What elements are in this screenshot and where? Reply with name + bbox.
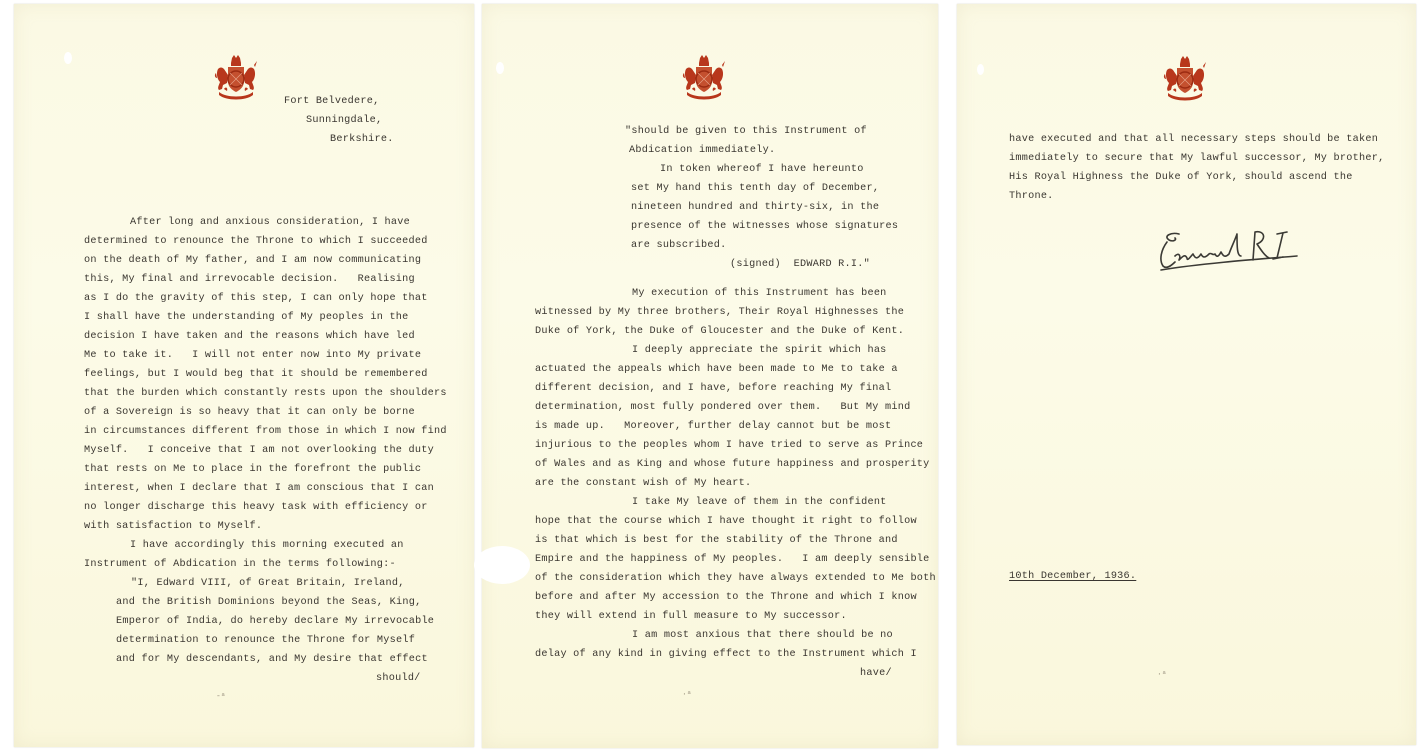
body-line: on the death of My father, and I am now … — [84, 255, 421, 267]
body-line: I take My leave of them in the confident — [632, 497, 887, 509]
signature-edward-ri: Edward RI — [1157, 226, 1305, 274]
document-page-3: have executed and that all necessary ste… — [957, 4, 1416, 745]
body-line: Emperor of India, do hereby declare My i… — [116, 616, 434, 628]
body-line: they will extend in full measure to My s… — [535, 611, 847, 623]
body-line: injurious to the peoples whom I have tri… — [535, 440, 923, 452]
address-line: Berkshire. — [330, 134, 394, 146]
royal-crest-icon — [1163, 56, 1207, 102]
punch-hole — [64, 52, 72, 64]
punch-hole — [496, 62, 504, 74]
body-line: Myself. I conceive that I am not overloo… — [84, 445, 434, 457]
body-line: have executed and that all necessary ste… — [1009, 134, 1378, 146]
body-line: is that which is best for the stability … — [535, 535, 898, 547]
body-line: Abdication immediately. — [629, 145, 775, 157]
body-line: are subscribed. — [631, 240, 726, 252]
body-line: different decision, and I have, before r… — [535, 383, 891, 395]
body-line: delay of any kind in giving effect to th… — [535, 649, 917, 661]
body-line: "should be given to this Instrument of — [625, 126, 867, 138]
page-mark: ·ᵃ — [682, 690, 692, 699]
body-line: Me to take it. I will not enter now into… — [84, 350, 421, 362]
body-line: immediately to secure that My lawful suc… — [1009, 153, 1384, 165]
body-line: and the British Dominions beyond the Sea… — [116, 597, 421, 609]
royal-crest-icon — [214, 55, 258, 101]
body-line: in circumstances different from those in… — [84, 426, 447, 438]
body-line: Duke of York, the Duke of Gloucester and… — [535, 326, 904, 338]
body-line: determination to renounce the Throne for… — [116, 635, 415, 647]
document-page-1: Fort Belvedere, Sunningdale, Berkshire. … — [14, 4, 474, 747]
body-line: of the consideration which they have alw… — [535, 573, 936, 585]
body-line: presence of the witnesses whose signatur… — [631, 221, 898, 233]
body-line: before and after My accession to the Thr… — [535, 592, 917, 604]
body-line: I shall have the understanding of My peo… — [84, 312, 409, 324]
body-line: In token whereof I have hereunto — [660, 164, 864, 176]
date-line: 10th December, 1936. — [1009, 571, 1136, 583]
signed-line: (signed) EDWARD R.I." — [730, 259, 870, 271]
body-line: that the burden which constantly rests u… — [84, 388, 447, 400]
body-line: My execution of this Instrument has been — [632, 288, 887, 300]
document-page-2: "should be given to this Instrument of A… — [482, 4, 938, 748]
body-line: Instrument of Abdication in the terms fo… — [84, 559, 396, 571]
body-line: that rests on Me to place in the forefro… — [84, 464, 421, 476]
body-line: determination, most fully pondered over … — [535, 402, 910, 414]
page-mark: ·ᵃ — [1157, 670, 1167, 679]
body-line: I am most anxious that there should be n… — [632, 630, 893, 642]
body-line: of a Sovereign is so heavy that it can o… — [84, 407, 415, 419]
body-line: Empire and the happiness of My peoples. … — [535, 554, 930, 566]
catchword: have/ — [860, 668, 892, 680]
catchword: should/ — [376, 673, 421, 685]
body-line: determined to renounce the Throne to whi… — [84, 236, 428, 248]
body-line: this, My final and irrevocable decision.… — [84, 274, 415, 286]
body-line: no longer discharge this heavy task with… — [84, 502, 428, 514]
body-line: hope that the course which I have though… — [535, 516, 917, 528]
body-line: is made up. Moreover, further delay cann… — [535, 421, 891, 433]
punch-hole — [977, 64, 984, 75]
body-line: nineteen hundred and thirty-six, in the — [631, 202, 879, 214]
body-line: Throne. — [1009, 191, 1054, 203]
body-line: feelings, but I would beg that it should… — [84, 369, 428, 381]
body-line: of Wales and as King and whose future ha… — [535, 459, 930, 471]
body-line: "I, Edward VIII, of Great Britain, Irela… — [131, 578, 405, 590]
page-mark: -ᵃ — [216, 692, 226, 701]
royal-crest-icon — [682, 55, 726, 101]
body-line: I deeply appreciate the spirit which has — [632, 345, 887, 357]
body-line: decision I have taken and the reasons wh… — [84, 331, 415, 343]
body-line: After long and anxious consideration, I … — [130, 217, 410, 229]
body-line: as I do the gravity of this step, I can … — [84, 293, 428, 305]
body-line: and for My descendants, and My desire th… — [116, 654, 428, 666]
address-line: Fort Belvedere, — [284, 96, 379, 108]
body-line: with satisfaction to Myself. — [84, 521, 262, 533]
address-line: Sunningdale, — [306, 115, 382, 127]
body-line: set My hand this tenth day of December, — [631, 183, 879, 195]
body-line: actuated the appeals which have been mad… — [535, 364, 898, 376]
body-line: interest, when I declare that I am consc… — [84, 483, 434, 495]
body-line: I have accordingly this morning executed… — [130, 540, 404, 552]
body-line: witnessed by My three brothers, Their Ro… — [535, 307, 904, 319]
body-line: are the constant wish of My heart. — [535, 478, 751, 490]
body-line: His Royal Highness the Duke of York, sho… — [1009, 172, 1353, 184]
paper-tear — [474, 546, 530, 584]
